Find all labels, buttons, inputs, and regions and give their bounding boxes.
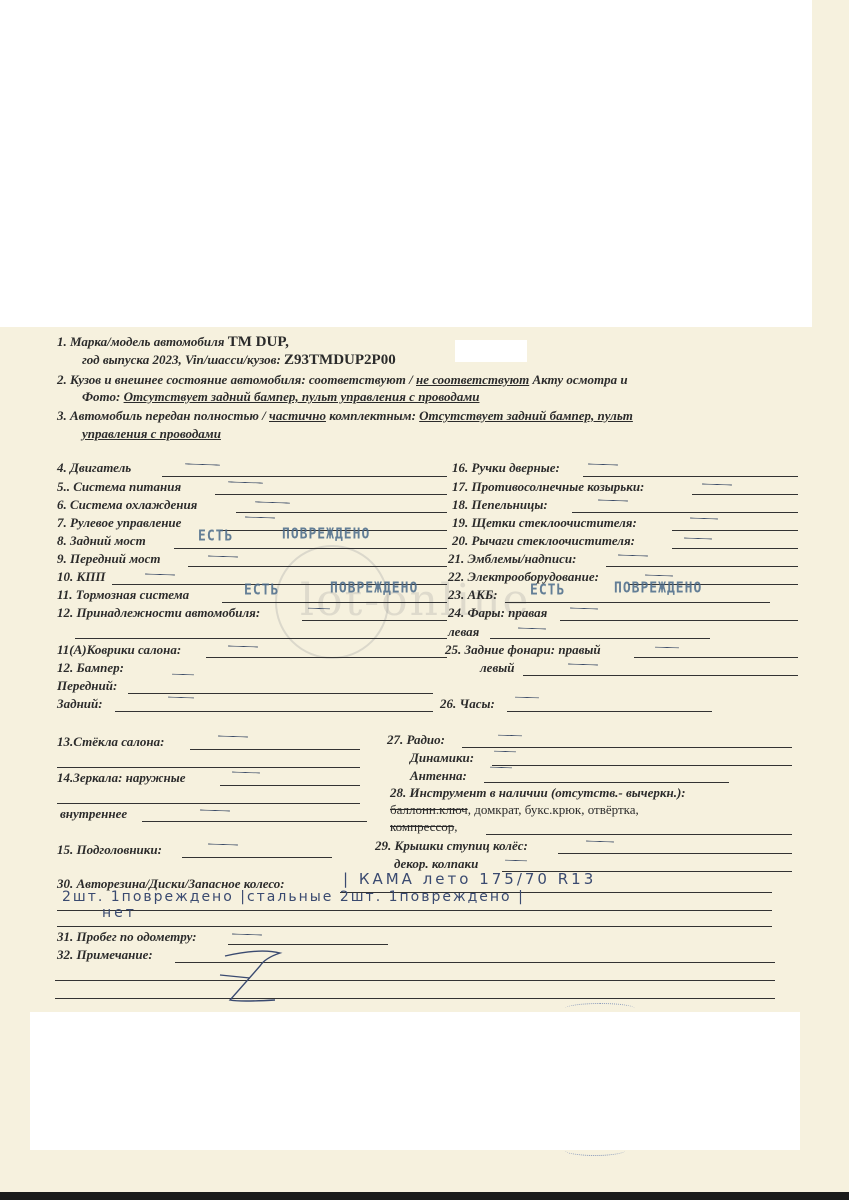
- item-30-field-2[interactable]: [57, 910, 772, 911]
- item-20-field[interactable]: [672, 548, 798, 549]
- item-12-field-2[interactable]: [75, 638, 447, 639]
- speakers-field[interactable]: [492, 765, 792, 766]
- stamp-present: ЕСТЬ: [198, 528, 233, 545]
- dash-mark: [168, 697, 194, 699]
- stamp-damaged: ПОВРЕЖДЕНО: [330, 580, 418, 597]
- dash-mark: [185, 463, 220, 465]
- item-1-year-vin: год выпуска 2023, Vin/шасси/кузов: Z93TM…: [82, 352, 396, 368]
- item-4-label: 4. Двигатель: [57, 460, 131, 476]
- dash-mark: [208, 843, 238, 845]
- photo-value: Отсутствует задний бампер, пульт управле…: [124, 389, 480, 404]
- item-11-field[interactable]: [222, 602, 447, 603]
- odometer-field[interactable]: [228, 944, 388, 945]
- item-13-field-2[interactable]: [57, 767, 360, 768]
- dash-mark: [200, 809, 230, 811]
- dash-mark: [702, 483, 732, 485]
- item-11a-field[interactable]: [206, 657, 447, 658]
- seal-stamp-icon: [565, 1145, 625, 1156]
- dash-mark: [570, 608, 598, 610]
- dash-mark: [228, 645, 258, 647]
- item-24-left-label: левая: [448, 624, 479, 640]
- stamp-present: ЕСТЬ: [530, 582, 565, 599]
- item-2-tail: Акту осмотра и: [532, 372, 627, 387]
- item-25-left-field[interactable]: [523, 675, 798, 676]
- speakers-label: Динамики:: [410, 750, 474, 766]
- item-16-label: 16. Ручки дверные:: [452, 460, 560, 476]
- item-2-photo: Фото: Отсутствует задний бампер, пульт у…: [82, 389, 479, 405]
- bumper-rear-label: Задний:: [57, 696, 103, 712]
- tools-rest-2: ,: [454, 819, 457, 834]
- item-17-field[interactable]: [692, 494, 798, 495]
- item-19-label: 19. Щетки стеклоочистителя:: [452, 515, 637, 531]
- item-2-selected: не соответствуют: [416, 372, 529, 387]
- item-14-inner-field[interactable]: [142, 821, 367, 822]
- notes-field-2[interactable]: [55, 980, 775, 981]
- stamp-damaged: ПОВРЕЖДЕНО: [282, 526, 370, 543]
- seal-stamp-icon: [565, 1003, 635, 1014]
- dash-mark: [518, 628, 546, 630]
- item-14-label: 14.Зеркала: наружные: [57, 770, 186, 786]
- item-29-field[interactable]: [558, 853, 792, 854]
- item-2-label: 2. Кузов и внешнее состояние автомобиля:…: [57, 372, 413, 387]
- item-1-label: 1. Марка/модель автомобиля: [57, 334, 225, 349]
- dash-mark: [618, 554, 648, 556]
- item-3-mid: комплектным:: [329, 408, 416, 423]
- item-4-field[interactable]: [162, 476, 447, 477]
- item-5-field[interactable]: [215, 494, 447, 495]
- redacted-vin-tail: [455, 340, 527, 362]
- item-29-label: 29. Крышки ступиц колёс:: [375, 838, 528, 854]
- item-7-label: 7. Рулевое управление: [57, 515, 181, 531]
- item-8-label: 8. Задний мост: [57, 533, 146, 549]
- item-23-field[interactable]: [505, 602, 770, 603]
- bumper-label: 12. Бампер:: [57, 660, 124, 676]
- item-26-field[interactable]: [507, 711, 712, 712]
- item-20-label: 20. Рычаги стеклоочистителя:: [452, 533, 635, 549]
- item-27-label: 27. Радио:: [387, 732, 445, 748]
- dash-mark: [586, 841, 614, 843]
- dash-mark: [684, 538, 712, 540]
- item-3-selected: частично: [269, 408, 326, 423]
- dash-mark: [498, 735, 522, 737]
- item-1-model: 1. Марка/модель автомобиля TM DUP,: [57, 334, 289, 350]
- item-24-left-field[interactable]: [490, 638, 710, 639]
- scan-edge: [0, 1192, 849, 1200]
- item-27-field[interactable]: [462, 747, 792, 748]
- photo-label: Фото:: [82, 389, 120, 404]
- tire-handwritten-1: | КАМА лето 175/70 R13: [343, 870, 596, 888]
- dash-mark: [568, 663, 598, 665]
- dash-mark: [505, 860, 527, 862]
- item-11a-label: 11(А)Коврики салона:: [57, 642, 181, 658]
- item-3-label: 3. Автомобиль передан полностью /: [57, 408, 266, 423]
- dash-mark: [232, 933, 262, 935]
- item-13-field[interactable]: [190, 749, 360, 750]
- tools-rest: , домкрат, букс.крюк, отвёртка,: [468, 802, 639, 817]
- bumper-front-field[interactable]: [128, 693, 433, 694]
- item-15-label: 15. Подголовники:: [57, 842, 162, 858]
- item-31-label: 31. Пробег по одометру:: [57, 929, 197, 945]
- item-8-field[interactable]: [174, 548, 447, 549]
- dash-mark: [490, 767, 512, 769]
- item-30-field-3[interactable]: [57, 926, 772, 927]
- item-3-value-1: Отсутствует задний бампер, пульт: [419, 408, 633, 423]
- item-2-body: 2. Кузов и внешнее состояние автомобиля:…: [57, 372, 628, 388]
- item-5-label: 5.. Система питания: [57, 479, 181, 495]
- item-14-inner-label: внутреннее: [60, 806, 127, 822]
- stamp-damaged: ПОВРЕЖДЕНО: [614, 580, 702, 597]
- item-16-field[interactable]: [583, 476, 798, 477]
- tool-wrench-struck: баллонн.ключ: [390, 802, 468, 817]
- item-12-field[interactable]: [302, 620, 447, 621]
- antenna-field[interactable]: [484, 782, 729, 783]
- item-17-label: 17. Противосолнечные козырьки:: [452, 479, 644, 495]
- item-3-completeness: 3. Автомобиль передан полностью / частич…: [57, 408, 633, 424]
- notes-field-3[interactable]: [55, 998, 775, 999]
- tool-compressor-struck: компрессор: [390, 819, 454, 834]
- item-15-field[interactable]: [182, 857, 332, 858]
- item-22-label: 22. Электрооборудование:: [448, 569, 599, 585]
- item-25-left-label: левый: [480, 660, 515, 676]
- vin-value: Z93TMDUP2P00: [284, 352, 396, 368]
- item-12-label: 12. Принадлежности автомобиля:: [57, 605, 260, 621]
- tools-field[interactable]: [486, 834, 792, 835]
- item-6-field[interactable]: [236, 512, 447, 513]
- dash-mark: [218, 735, 248, 737]
- dash-mark: [645, 575, 673, 577]
- item-6-label: 6. Система охлаждения: [57, 497, 197, 513]
- dash-mark: [232, 772, 260, 774]
- item-25-right-field[interactable]: [634, 657, 798, 658]
- tools-list-2: компрессор,: [390, 819, 457, 835]
- item-9-field[interactable]: [188, 566, 447, 567]
- dash-mark: [598, 499, 628, 501]
- tire-handwritten-3: нет: [102, 905, 137, 921]
- bumper-rear-field[interactable]: [115, 711, 433, 712]
- item-21-field[interactable]: [606, 566, 798, 567]
- year-vin-label: год выпуска 2023, Vin/шасси/кузов:: [82, 352, 281, 367]
- item-26-label: 26. Часы:: [440, 696, 495, 712]
- dash-mark: [588, 463, 618, 465]
- z-strikethrough-mark-icon: [180, 948, 320, 1008]
- dash-mark: [515, 697, 539, 699]
- item-18-field[interactable]: [572, 512, 798, 513]
- item-9-label: 9. Передний мост: [57, 551, 161, 567]
- item-32-label: 32. Примечание:: [57, 947, 153, 963]
- item-19-field[interactable]: [672, 530, 798, 531]
- dash-mark: [172, 674, 194, 676]
- tools-list-1: баллонн.ключ, домкрат, букс.крюк, отвёрт…: [390, 802, 639, 818]
- tire-handwritten-2: 2шт. 1повреждено |стальные 2шт. 1поврежд…: [62, 889, 525, 905]
- item-23-label: 23. АКБ:: [448, 587, 498, 603]
- dash-mark: [655, 647, 679, 649]
- stamp-present: ЕСТЬ: [244, 582, 279, 599]
- item-3-value-2: управления с проводами: [82, 426, 221, 442]
- item-14-field-2[interactable]: [57, 803, 360, 804]
- dash-mark: [228, 481, 263, 483]
- antenna-label: Антенна:: [410, 768, 467, 784]
- bumper-front-label: Передний:: [57, 678, 117, 694]
- dash-mark: [208, 555, 238, 557]
- item-10-label: 10. КПП: [57, 569, 106, 585]
- item-28-label: 28. Инструмент в наличии (отсутств.- выч…: [390, 785, 686, 801]
- item-13-label: 13.Стёкла салона:: [57, 734, 164, 750]
- dash-mark: [145, 573, 175, 575]
- dash-mark: [245, 516, 275, 518]
- redacted-signature-area: [30, 1012, 800, 1150]
- item-21-label: 21. Эмблемы/надписи:: [448, 551, 576, 567]
- item-24-label: 24. Фары: правая: [448, 605, 547, 621]
- item-11-label: 11. Тормозная система: [57, 587, 189, 603]
- redacted-header-area: [0, 0, 812, 327]
- dash-mark: [690, 518, 718, 520]
- item-1-value: TM DUP,: [228, 334, 289, 350]
- item-14-outer-field[interactable]: [220, 785, 360, 786]
- dash-mark: [494, 751, 516, 753]
- dash-mark: [255, 501, 290, 503]
- item-18-label: 18. Пепельницы:: [452, 497, 548, 513]
- item-24-right-field[interactable]: [560, 620, 798, 621]
- item-25-label: 25. Задние фонари: правый: [445, 642, 601, 658]
